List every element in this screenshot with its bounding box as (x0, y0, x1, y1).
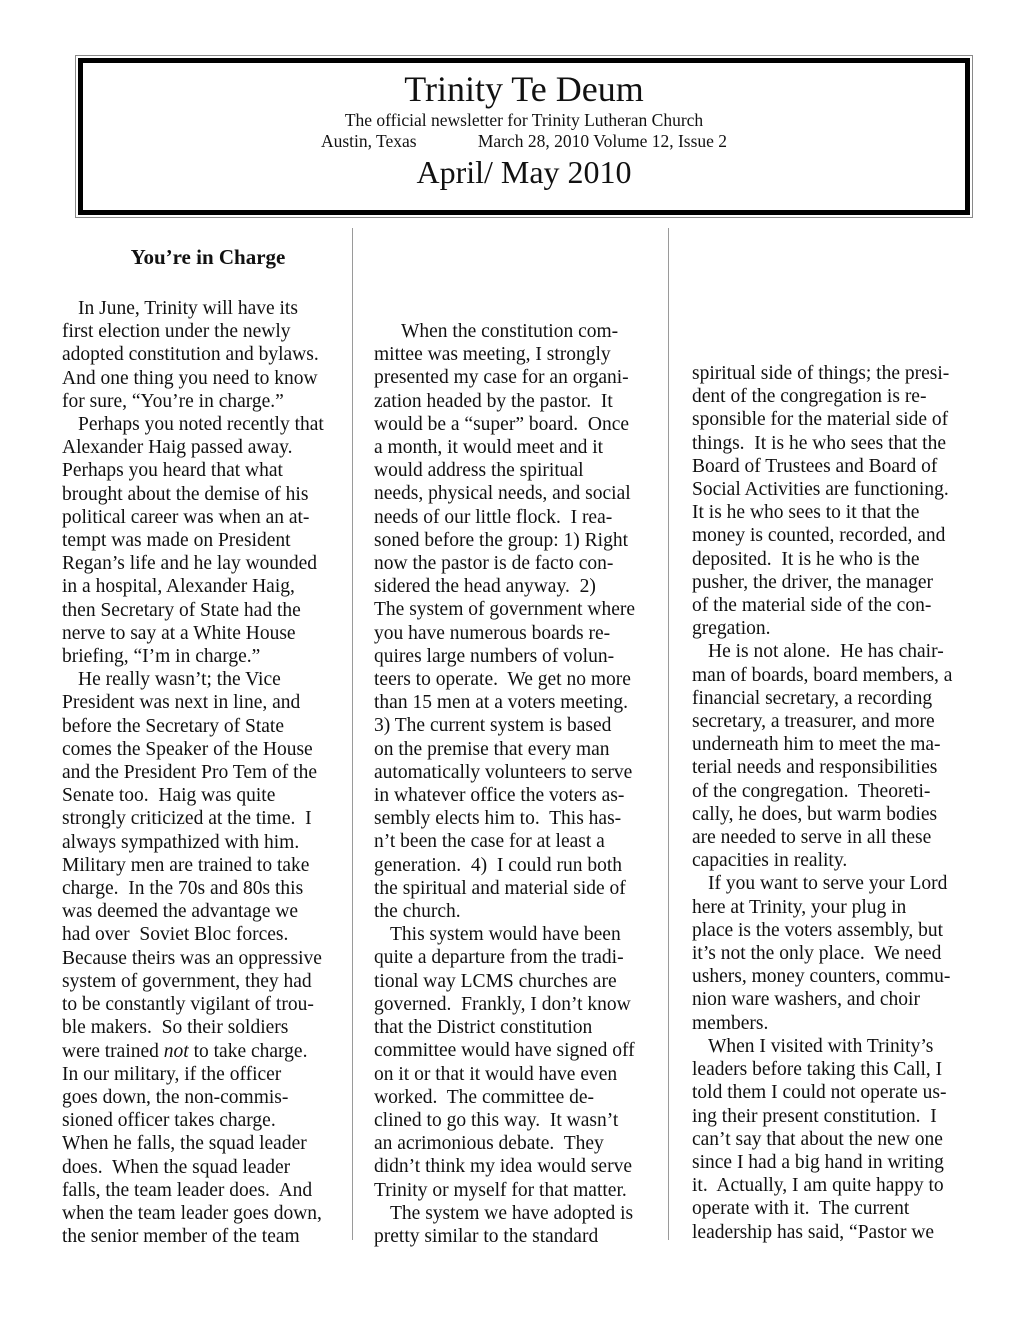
text-line: ushers, money counters, commu- (692, 965, 968, 988)
text-line: Perhaps you heard that what (62, 459, 354, 482)
text-line: deposited. It is he who is the (692, 548, 968, 571)
location-date-line: Austin, Texas March 28, 2010 Volume 12, … (83, 131, 965, 152)
text-line: and the President Pro Tem of the (62, 761, 354, 784)
text-line: members. (692, 1012, 968, 1035)
text-line: automatically volunteers to serve (374, 761, 666, 784)
newsletter-page: Trinity Te Deum The official newsletter … (0, 0, 1020, 1320)
text-line: brought about the demise of his (62, 483, 354, 506)
text-line: generation. 4) I could run both (374, 854, 666, 877)
text-line: cally, he does, but warm bodies (692, 803, 968, 826)
text-line: tempt was made on President (62, 529, 354, 552)
text-line: are needed to serve in all these (692, 826, 968, 849)
text-line: dent of the congregation is re- (692, 385, 968, 408)
paragraph: spiritual side of things; the presi-dent… (692, 362, 968, 640)
text-line: ble makers. So their soldiers (62, 1016, 354, 1039)
text-line: financial secretary, a recording (692, 687, 968, 710)
text-line: President was next in line, and (62, 691, 354, 714)
text-line: nerve to say at a White House (62, 622, 354, 645)
text-line: than 15 men at a voters meeting. (374, 691, 666, 714)
text-line: nion ware washers, and choir (692, 988, 968, 1011)
masthead-border-box: Trinity Te Deum The official newsletter … (78, 58, 970, 215)
text-line: Regan’s life and he lay wounded (62, 552, 354, 575)
text-line: man of boards, board members, a (692, 664, 968, 687)
newsletter-title: Trinity Te Deum (83, 68, 965, 110)
text-line: soned before the group: 1) Right (374, 529, 666, 552)
text-line: worked. The committee de- (374, 1086, 666, 1109)
text-line: system of government, they had (62, 970, 354, 993)
text-line: that the District constitution (374, 1016, 666, 1039)
text-line: 3) The current system is based (374, 714, 666, 737)
text-line: on the premise that every man (374, 738, 666, 761)
column-body: spiritual side of things; the presi-dent… (692, 362, 968, 1244)
text-line: In June, Trinity will have its (62, 297, 354, 320)
text-line: operate with it. The current (692, 1197, 968, 1220)
text-line: it’s not the only place. We need (692, 942, 968, 965)
text-line: didn’t think my idea would serve (374, 1155, 666, 1178)
text-line: He is not alone. He has chair- (692, 640, 968, 663)
text-line: Senate too. Haig was quite (62, 784, 354, 807)
text-line: would address the spiritual (374, 459, 666, 482)
paragraph: When the constitution com-mittee was mee… (374, 320, 666, 923)
issue-period: April/ May 2010 (83, 152, 965, 192)
text-line: told them I could not operate us- (692, 1081, 968, 1104)
text-line: can’t say that about the new one (692, 1128, 968, 1151)
text-line: When I visited with Trinity’s (692, 1035, 968, 1058)
text-line: pusher, the driver, the manager (692, 571, 968, 594)
text-line: Alexander Haig passed away. (62, 436, 354, 459)
paragraph: The system we have adopted ispretty simi… (374, 1202, 666, 1248)
text-line: capacities in reality. (692, 849, 968, 872)
text-line: Social Activities are functioning. (692, 478, 968, 501)
text-line: the senior member of the team (62, 1225, 354, 1248)
paragraph: He really wasn’t; the VicePresident was … (62, 668, 354, 1248)
text-line: before the Secretary of State (62, 715, 354, 738)
text-line: a month, it would meet and it (374, 436, 666, 459)
text-line: mittee was meeting, I strongly (374, 343, 666, 366)
text-line: would be a “super” board. Once (374, 413, 666, 436)
text-line: leadership has said, “Pastor we (692, 1221, 968, 1244)
text-line: He really wasn’t; the Vice (62, 668, 354, 691)
column-divider-right (668, 228, 669, 1240)
column-body: In June, Trinity will have itsfirst elec… (62, 297, 354, 1248)
text-line: Perhaps you noted recently that (62, 413, 354, 436)
article-heading: You’re in Charge (62, 244, 354, 270)
text-line: presented my case for an organi- (374, 366, 666, 389)
paragraph: This system would have beenquite a depar… (374, 923, 666, 1201)
text-line: comes the Speaker of the House (62, 738, 354, 761)
column-body: When the constitution com-mittee was mee… (374, 320, 666, 1248)
text-line: committee would have signed off (374, 1039, 666, 1062)
text-line: quite a departure from the tradi- (374, 946, 666, 969)
text-line: first election under the newly (62, 320, 354, 343)
text-line: In our military, if the officer (62, 1063, 354, 1086)
text-line: When he falls, the squad leader (62, 1132, 354, 1155)
text-line: of the material side of the con- (692, 594, 968, 617)
text-line: when the team leader goes down, (62, 1202, 354, 1225)
text-line: The system we have adopted is (374, 1202, 666, 1225)
text-line: money is counted, recorded, and (692, 524, 968, 547)
newsletter-subtitle: The official newsletter for Trinity Luth… (83, 110, 965, 131)
text-line: This system would have been (374, 923, 666, 946)
text-line: it. Actually, I am quite happy to (692, 1174, 968, 1197)
text-line: falls, the team leader does. And (62, 1179, 354, 1202)
article-column-3: spiritual side of things; the presi-dent… (692, 362, 968, 1244)
text-line: sioned officer takes charge. (62, 1109, 354, 1132)
text-line: needs of our little flock. I rea- (374, 506, 666, 529)
text-line: the church. (374, 900, 666, 923)
text-line: in whatever office the voters as- (374, 784, 666, 807)
text-line: It is he who sees to it that the (692, 501, 968, 524)
article-column-1: You’re in Charge In June, Trinity will h… (62, 244, 354, 1248)
text-line: now the pastor is de facto con- (374, 552, 666, 575)
paragraph: When I visited with Trinity’sleaders bef… (692, 1035, 968, 1244)
text-line: quires large numbers of volun- (374, 645, 666, 668)
text-line: clined to go this way. It wasn’t (374, 1109, 666, 1132)
text-line: always sympathized with him. (62, 831, 354, 854)
text-line: Because theirs was an oppressive (62, 947, 354, 970)
text-line: Trinity or myself for that matter. (374, 1179, 666, 1202)
text-line: tional way LCMS churches are (374, 970, 666, 993)
text-line: ing their present constitution. I (692, 1105, 968, 1128)
text-line: an acrimonious debate. They (374, 1132, 666, 1155)
text-line: goes down, the non-commis- (62, 1086, 354, 1109)
text-line: on it or that it would have even (374, 1063, 666, 1086)
text-line: the spiritual and material side of (374, 877, 666, 900)
text-line: spiritual side of things; the presi- (692, 362, 968, 385)
text-line: underneath him to meet the ma- (692, 733, 968, 756)
paragraph: Perhaps you noted recently thatAlexander… (62, 413, 354, 668)
text-line: And one thing you need to know (62, 367, 354, 390)
text-line: briefing, “I’m in charge.” (62, 645, 354, 668)
text-line: terial needs and responsibilities (692, 756, 968, 779)
text-line: zation headed by the pastor. It (374, 390, 666, 413)
text-line: governed. Frankly, I don’t know (374, 993, 666, 1016)
text-line: The system of government where (374, 598, 666, 621)
text-line: Military men are trained to take (62, 854, 354, 877)
text-line: gregation. (692, 617, 968, 640)
text-line: Board of Trustees and Board of (692, 455, 968, 478)
text-line: then Secretary of State had the (62, 599, 354, 622)
article-column-2: When the constitution com-mittee was mee… (374, 320, 666, 1248)
text-line: political career was when an at- (62, 506, 354, 529)
text-line: does. When the squad leader (62, 1156, 354, 1179)
text-line: adopted constitution and bylaws. (62, 343, 354, 366)
text-line: If you want to serve your Lord (692, 872, 968, 895)
text-line: of the congregation. Theoreti- (692, 780, 968, 803)
text-line: to be constantly vigilant of trou- (62, 993, 354, 1016)
text-line: charge. In the 70s and 80s this (62, 877, 354, 900)
text-line: place is the voters assembly, but (692, 919, 968, 942)
text-line: sembly elects him to. This has- (374, 807, 666, 830)
text-line: were trained not to take charge. (62, 1040, 354, 1063)
paragraph: In June, Trinity will have itsfirst elec… (62, 297, 354, 413)
paragraph: He is not alone. He has chair-man of boa… (692, 640, 968, 872)
text-line: teers to operate. We get no more (374, 668, 666, 691)
text-line: When the constitution com- (374, 320, 666, 343)
text-line: leaders before taking this Call, I (692, 1058, 968, 1081)
paragraph: If you want to serve your Lordhere at Tr… (692, 872, 968, 1034)
newsletter-masthead: Trinity Te Deum The official newsletter … (75, 55, 973, 218)
text-line: secretary, a treasurer, and more (692, 710, 968, 733)
text-line: needs, physical needs, and social (374, 482, 666, 505)
text-line: you have numerous boards re- (374, 622, 666, 645)
text-line: for sure, “You’re in charge.” (62, 390, 354, 413)
text-line: sidered the head anyway. 2) (374, 575, 666, 598)
text-line: n’t been the case for at least a (374, 830, 666, 853)
text-line: strongly criticized at the time. I (62, 807, 354, 830)
text-line: since I had a big hand in writing (692, 1151, 968, 1174)
text-line: here at Trinity, your plug in (692, 896, 968, 919)
text-line: was deemed the advantage we (62, 900, 354, 923)
text-line: had over Soviet Bloc forces. (62, 923, 354, 946)
text-line: sponsible for the material side of (692, 408, 968, 431)
text-line: things. It is he who sees that the (692, 432, 968, 455)
text-line: in a hospital, Alexander Haig, (62, 575, 354, 598)
text-line: pretty similar to the standard (374, 1225, 666, 1248)
